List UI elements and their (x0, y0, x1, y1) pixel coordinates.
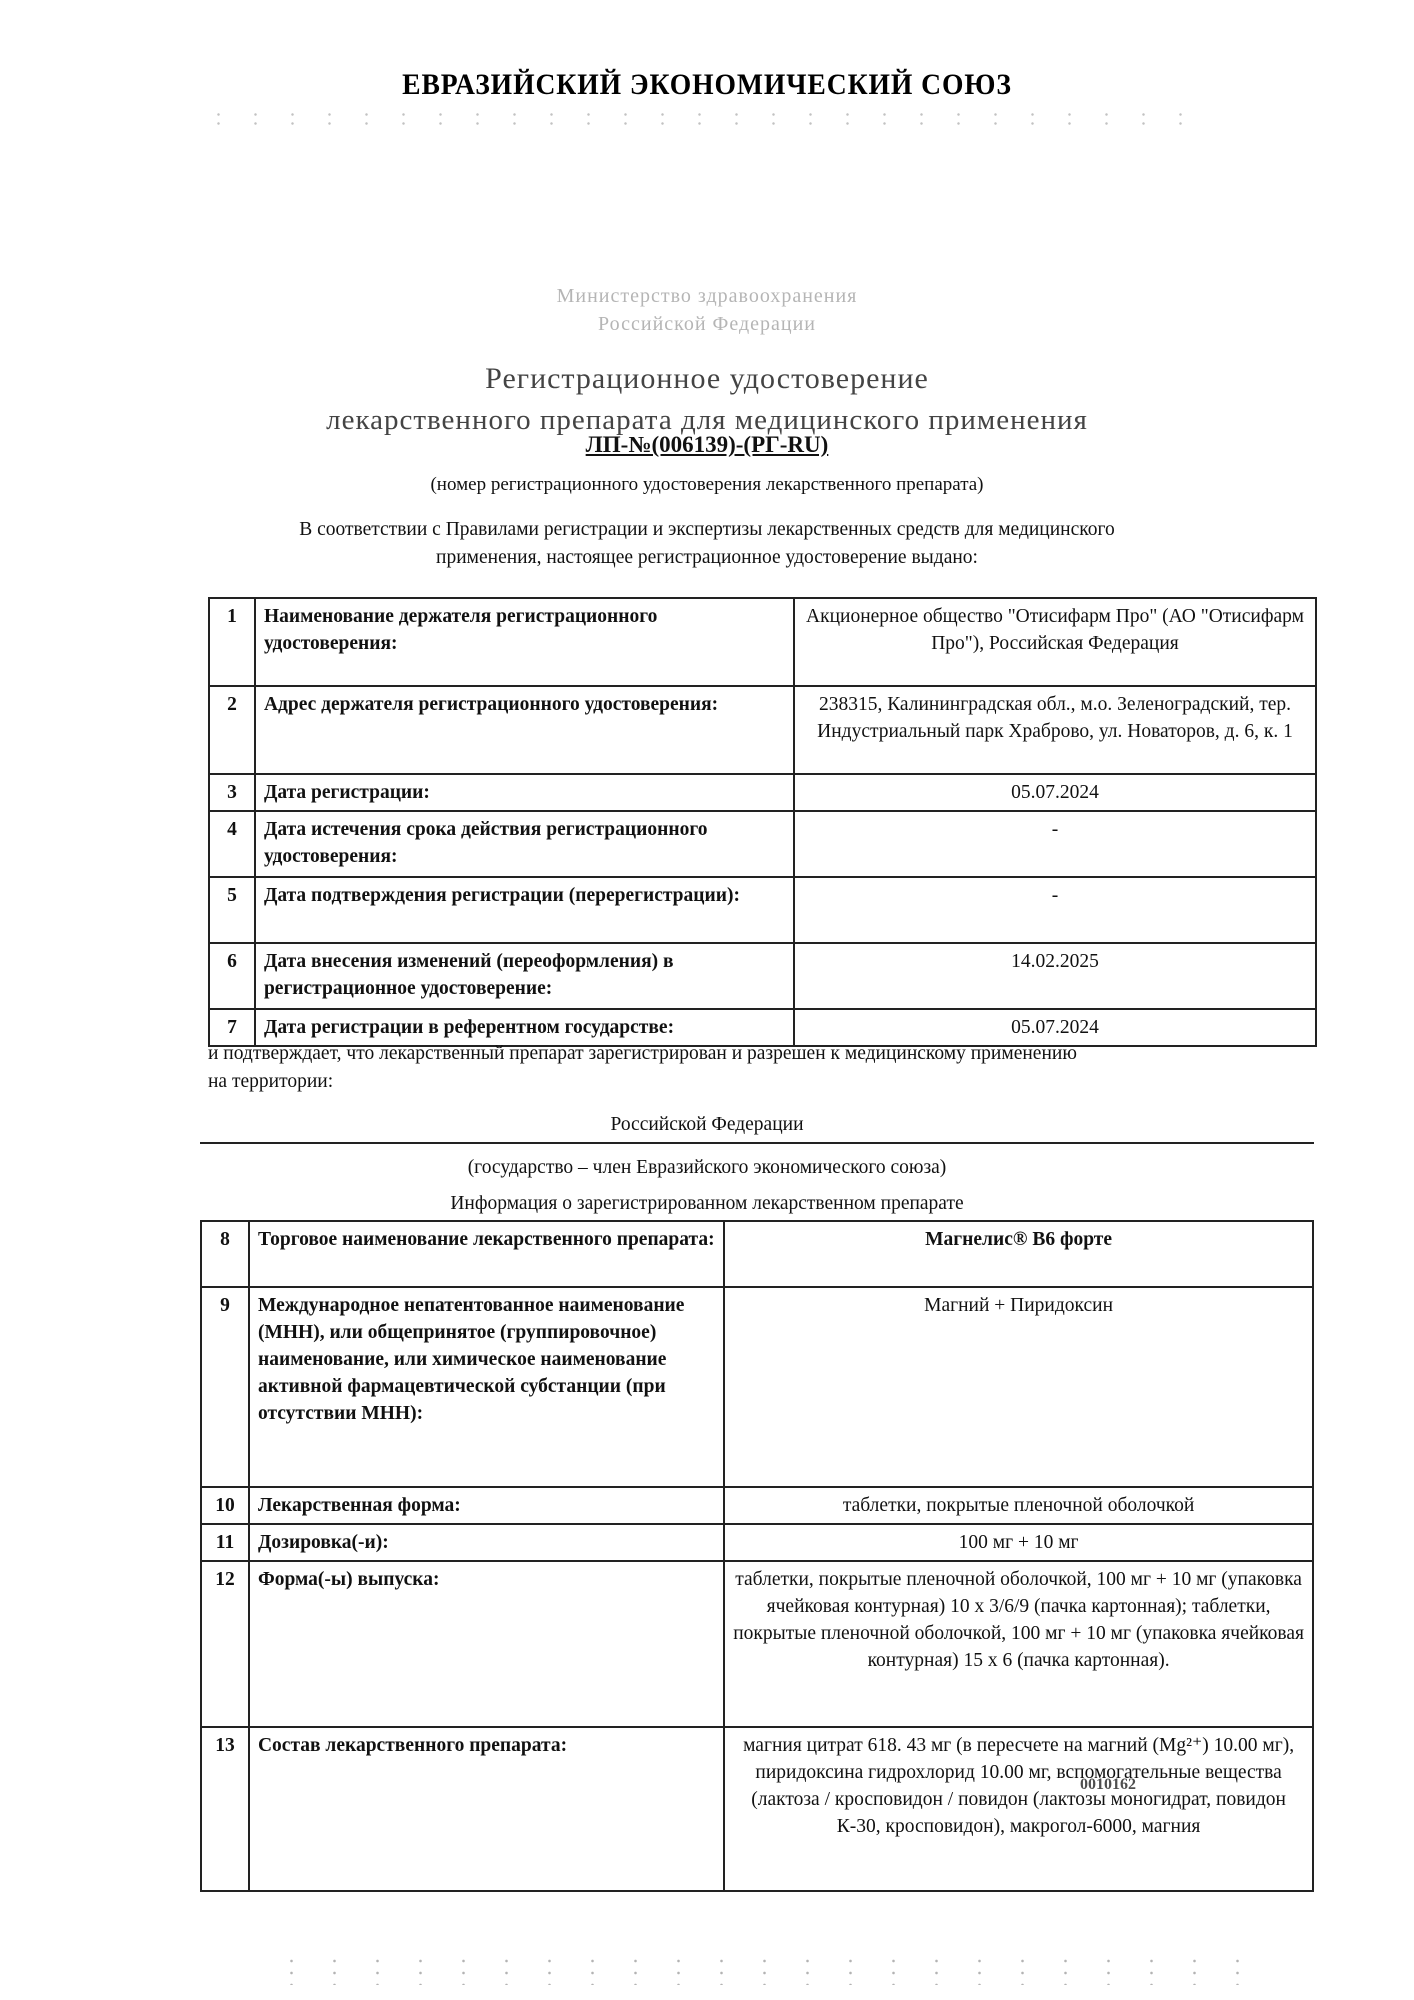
row-number: 12 (201, 1561, 249, 1727)
ministry-line-2: Российской Федерации (0, 310, 1414, 338)
row-number: 10 (201, 1487, 249, 1524)
ministry-line-1: Министерство здравоохранения (0, 282, 1414, 310)
row-number: 8 (201, 1221, 249, 1287)
intro-paragraph: В соответствии с Правилами регистрации и… (0, 516, 1414, 572)
row-label: Международное непатентованное наименован… (249, 1287, 724, 1487)
row-value: 05.07.2024 (794, 774, 1316, 811)
row-label: Состав лекарственного препарата: (249, 1727, 724, 1891)
table-row: 13 Состав лекарственного препарата: магн… (201, 1727, 1313, 1891)
ministry-name: Министерство здравоохранения Российской … (0, 282, 1414, 338)
intro-line-2: применения, настоящее регистрационное уд… (0, 544, 1414, 572)
row-label: Торговое наименование лекарственного пре… (249, 1221, 724, 1287)
union-title: ЕВРАЗИЙСКИЙ ЭКОНОМИЧЕСКИЙ СОЮЗ (57, 68, 1358, 102)
row-label: Форма(-ы) выпуска: (249, 1561, 724, 1727)
holder-info-table: 1 Наименование держателя регистрационног… (208, 597, 1317, 1047)
row-label: Дозировка(-и): (249, 1524, 724, 1561)
row-label: Дата подтверждения регистрации (перереги… (255, 877, 794, 943)
confirm-line-1: и подтверждает, что лекарственный препар… (208, 1040, 1318, 1068)
row-number: 11 (201, 1524, 249, 1561)
row-number: 13 (201, 1727, 249, 1891)
drug-info-heading: Информация о зарегистрированном лекарств… (0, 1190, 1414, 1218)
row-number: 4 (209, 811, 255, 877)
row-number: 9 (201, 1287, 249, 1487)
row-value: 238315, Калининградская обл., м.о. Зелен… (794, 686, 1316, 774)
territory-underline (200, 1142, 1314, 1144)
row-value: таблетки, покрытые пленочной оболочкой, … (724, 1561, 1313, 1727)
registration-number: ЛП-№(006139)-(РГ-RU) (0, 432, 1414, 458)
certificate-title: Регистрационное удостоверение (0, 362, 1414, 396)
row-number: 5 (209, 877, 255, 943)
row-value: Магний + Пиридоксин (724, 1287, 1313, 1487)
table-row: 6 Дата внесения изменений (переоформлени… (209, 943, 1316, 1009)
row-value: магния цитрат 618. 43 мг (в пересчете на… (724, 1727, 1313, 1891)
row-label: Адрес держателя регистрационного удостов… (255, 686, 794, 774)
table-row: 9 Международное непатентованное наименов… (201, 1287, 1313, 1487)
confirm-line-2: на территории: (208, 1068, 1318, 1096)
row-number: 1 (209, 598, 255, 686)
row-number: 2 (209, 686, 255, 774)
table-row: 8 Торговое наименование лекарственного п… (201, 1221, 1313, 1287)
table-row: 11 Дозировка(-и): 100 мг + 10 мг (201, 1524, 1313, 1561)
table-row: 10 Лекарственная форма: таблетки, покрыт… (201, 1487, 1313, 1524)
table-row: 3 Дата регистрации: 05.07.2024 (209, 774, 1316, 811)
row-label: Дата истечения срока действия регистраци… (255, 811, 794, 877)
row-value: 14.02.2025 (794, 943, 1316, 1009)
row-value: Акционерное общество "Отисифарм Про" (АО… (794, 598, 1316, 686)
row-label: Наименование держателя регистрационного … (255, 598, 794, 686)
confirmation-paragraph: и подтверждает, что лекарственный препар… (208, 1040, 1318, 1096)
table-row: 5 Дата подтверждения регистрации (перере… (209, 877, 1316, 943)
row-label: Лекарственная форма: (249, 1487, 724, 1524)
row-number: 3 (209, 774, 255, 811)
overlay-stamp: 0010162 (1080, 1776, 1136, 1794)
row-number: 6 (209, 943, 255, 1009)
table-row: 12 Форма(-ы) выпуска: таблетки, покрытые… (201, 1561, 1313, 1727)
row-value: 100 мг + 10 мг (724, 1524, 1313, 1561)
row-value: - (794, 811, 1316, 877)
territory: Российской Федерации (0, 1111, 1414, 1139)
intro-line-1: В соответствии с Правилами регистрации и… (0, 516, 1414, 544)
row-label: Дата внесения изменений (переоформления)… (255, 943, 794, 1009)
row-label: Дата регистрации: (255, 774, 794, 811)
table-row: 1 Наименование держателя регистрационног… (209, 598, 1316, 686)
decorative-pattern (270, 1955, 1270, 1985)
table-row: 4 Дата истечения срока действия регистра… (209, 811, 1316, 877)
trade-name: Магнелис® В6 форте (724, 1221, 1313, 1287)
table-row: 2 Адрес держателя регистрационного удост… (209, 686, 1316, 774)
drug-info-table: 8 Торговое наименование лекарственного п… (200, 1220, 1314, 1892)
row-value: - (794, 877, 1316, 943)
decorative-pattern (200, 110, 1200, 130)
registration-number-caption: (номер регистрационного удостоверения ле… (0, 474, 1414, 496)
territory-caption: (государство – член Евразийского экономи… (0, 1154, 1414, 1182)
row-value: таблетки, покрытые пленочной оболочкой (724, 1487, 1313, 1524)
